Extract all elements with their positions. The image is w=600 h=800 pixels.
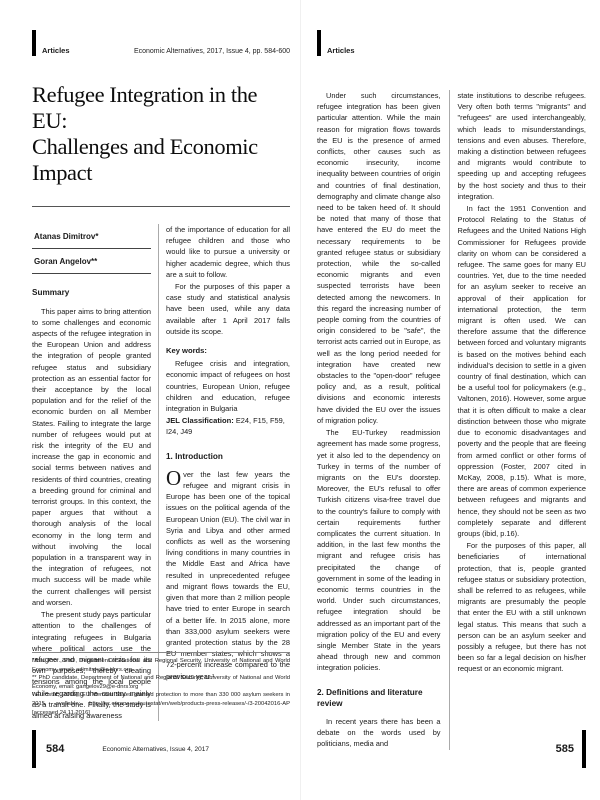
journal-spread: Articles Economic Alternatives, 2017, Is…	[0, 0, 600, 800]
page-header: Articles	[317, 30, 586, 56]
article-title-line2: Challenges and Economic Impact	[32, 134, 258, 185]
page-584-column-right: of the importance of education for all r…	[158, 224, 290, 721]
article-title-line1: Refugee Integration in the EU:	[32, 82, 257, 133]
introduction-paragraph: Over the last few years the refugee and …	[166, 469, 290, 682]
footnotes: *Ass. Prof., PhD, Department of National…	[32, 652, 290, 717]
page-584-footer: 584 Economic Alternatives, Issue 4, 2017	[32, 730, 209, 768]
page-number-584: 584	[46, 743, 64, 755]
summary-paragraph-1: This paper aims to bring attention to so…	[32, 306, 151, 608]
body-paragraph: state institutions to describe refugees.…	[458, 90, 586, 202]
definitions-heading: 2. Definitions and literature review	[317, 687, 441, 709]
section-bar-decoration	[317, 30, 321, 56]
page-585-column-right: state institutions to describe refugees.…	[449, 90, 586, 750]
body-paragraph: The EU-Turkey readmission agreement has …	[317, 427, 441, 673]
footnote-1: *Ass. Prof., PhD, Department of National…	[32, 657, 290, 674]
title-rule	[32, 206, 290, 207]
article-title: Refugee Integration in the EU: Challenge…	[32, 82, 290, 186]
introduction-text: ver the last few years the refugee and m…	[166, 470, 290, 681]
section-label: Articles	[42, 46, 70, 56]
footnote-3: ¹ Eurostat, (2016), EU Member States gra…	[32, 691, 290, 717]
introduction-heading: 1. Introduction	[166, 451, 290, 462]
body-paragraph: Under such circumstances, refugee integr…	[317, 90, 441, 426]
author-1: Atanas Dimitrov*	[32, 224, 151, 249]
body-paragraph: For the purposes of this paper, all bene…	[458, 540, 586, 674]
body-paragraph: In fact the 1951 Convention and Protocol…	[458, 203, 586, 539]
keywords-text: Refugee crisis and integration, economic…	[166, 358, 290, 414]
jel-classification: JEL Classification: E24, F15, F59, I24, …	[166, 415, 290, 437]
page-584-columns: Atanas Dimitrov* Goran Angelov** Summary…	[32, 224, 290, 721]
jel-label: JEL Classification:	[166, 416, 234, 425]
footnote-2: ** PhD candidate, Department of National…	[32, 674, 290, 691]
page-584: Articles Economic Alternatives, 2017, Is…	[0, 0, 300, 800]
continued-paragraph: of the importance of education for all r…	[166, 224, 290, 280]
footnote-rule	[32, 652, 290, 653]
section-label: Articles	[327, 46, 355, 56]
purpose-paragraph: For the purposes of this paper a case st…	[166, 281, 290, 337]
author-2: Goran Angelov**	[32, 249, 151, 274]
section-bar-decoration	[32, 30, 36, 56]
issue-header: Economic Alternatives, 2017, Issue 4, pp…	[134, 48, 290, 56]
page-header: Articles Economic Alternatives, 2017, Is…	[32, 30, 290, 56]
footer-bar-decoration	[582, 730, 586, 768]
footer-journal-title: Economic Alternatives, Issue 4, 2017	[102, 746, 209, 753]
summary-heading: Summary	[32, 287, 151, 298]
drop-cap: O	[166, 469, 183, 488]
page-584-column-left: Atanas Dimitrov* Goran Angelov** Summary…	[32, 224, 158, 721]
page-number-585: 585	[556, 743, 574, 755]
page-585-column-left: Under such circumstances, refugee integr…	[317, 90, 449, 750]
body-paragraph: In recent years there has been a debate …	[317, 716, 441, 750]
keywords-heading: Key words:	[166, 345, 290, 356]
page-585: Articles Under such circumstances, refug…	[300, 0, 600, 800]
page-585-columns: Under such circumstances, refugee integr…	[317, 90, 586, 750]
footer-bar-decoration	[32, 730, 36, 768]
page-585-footer: 585	[556, 730, 586, 768]
